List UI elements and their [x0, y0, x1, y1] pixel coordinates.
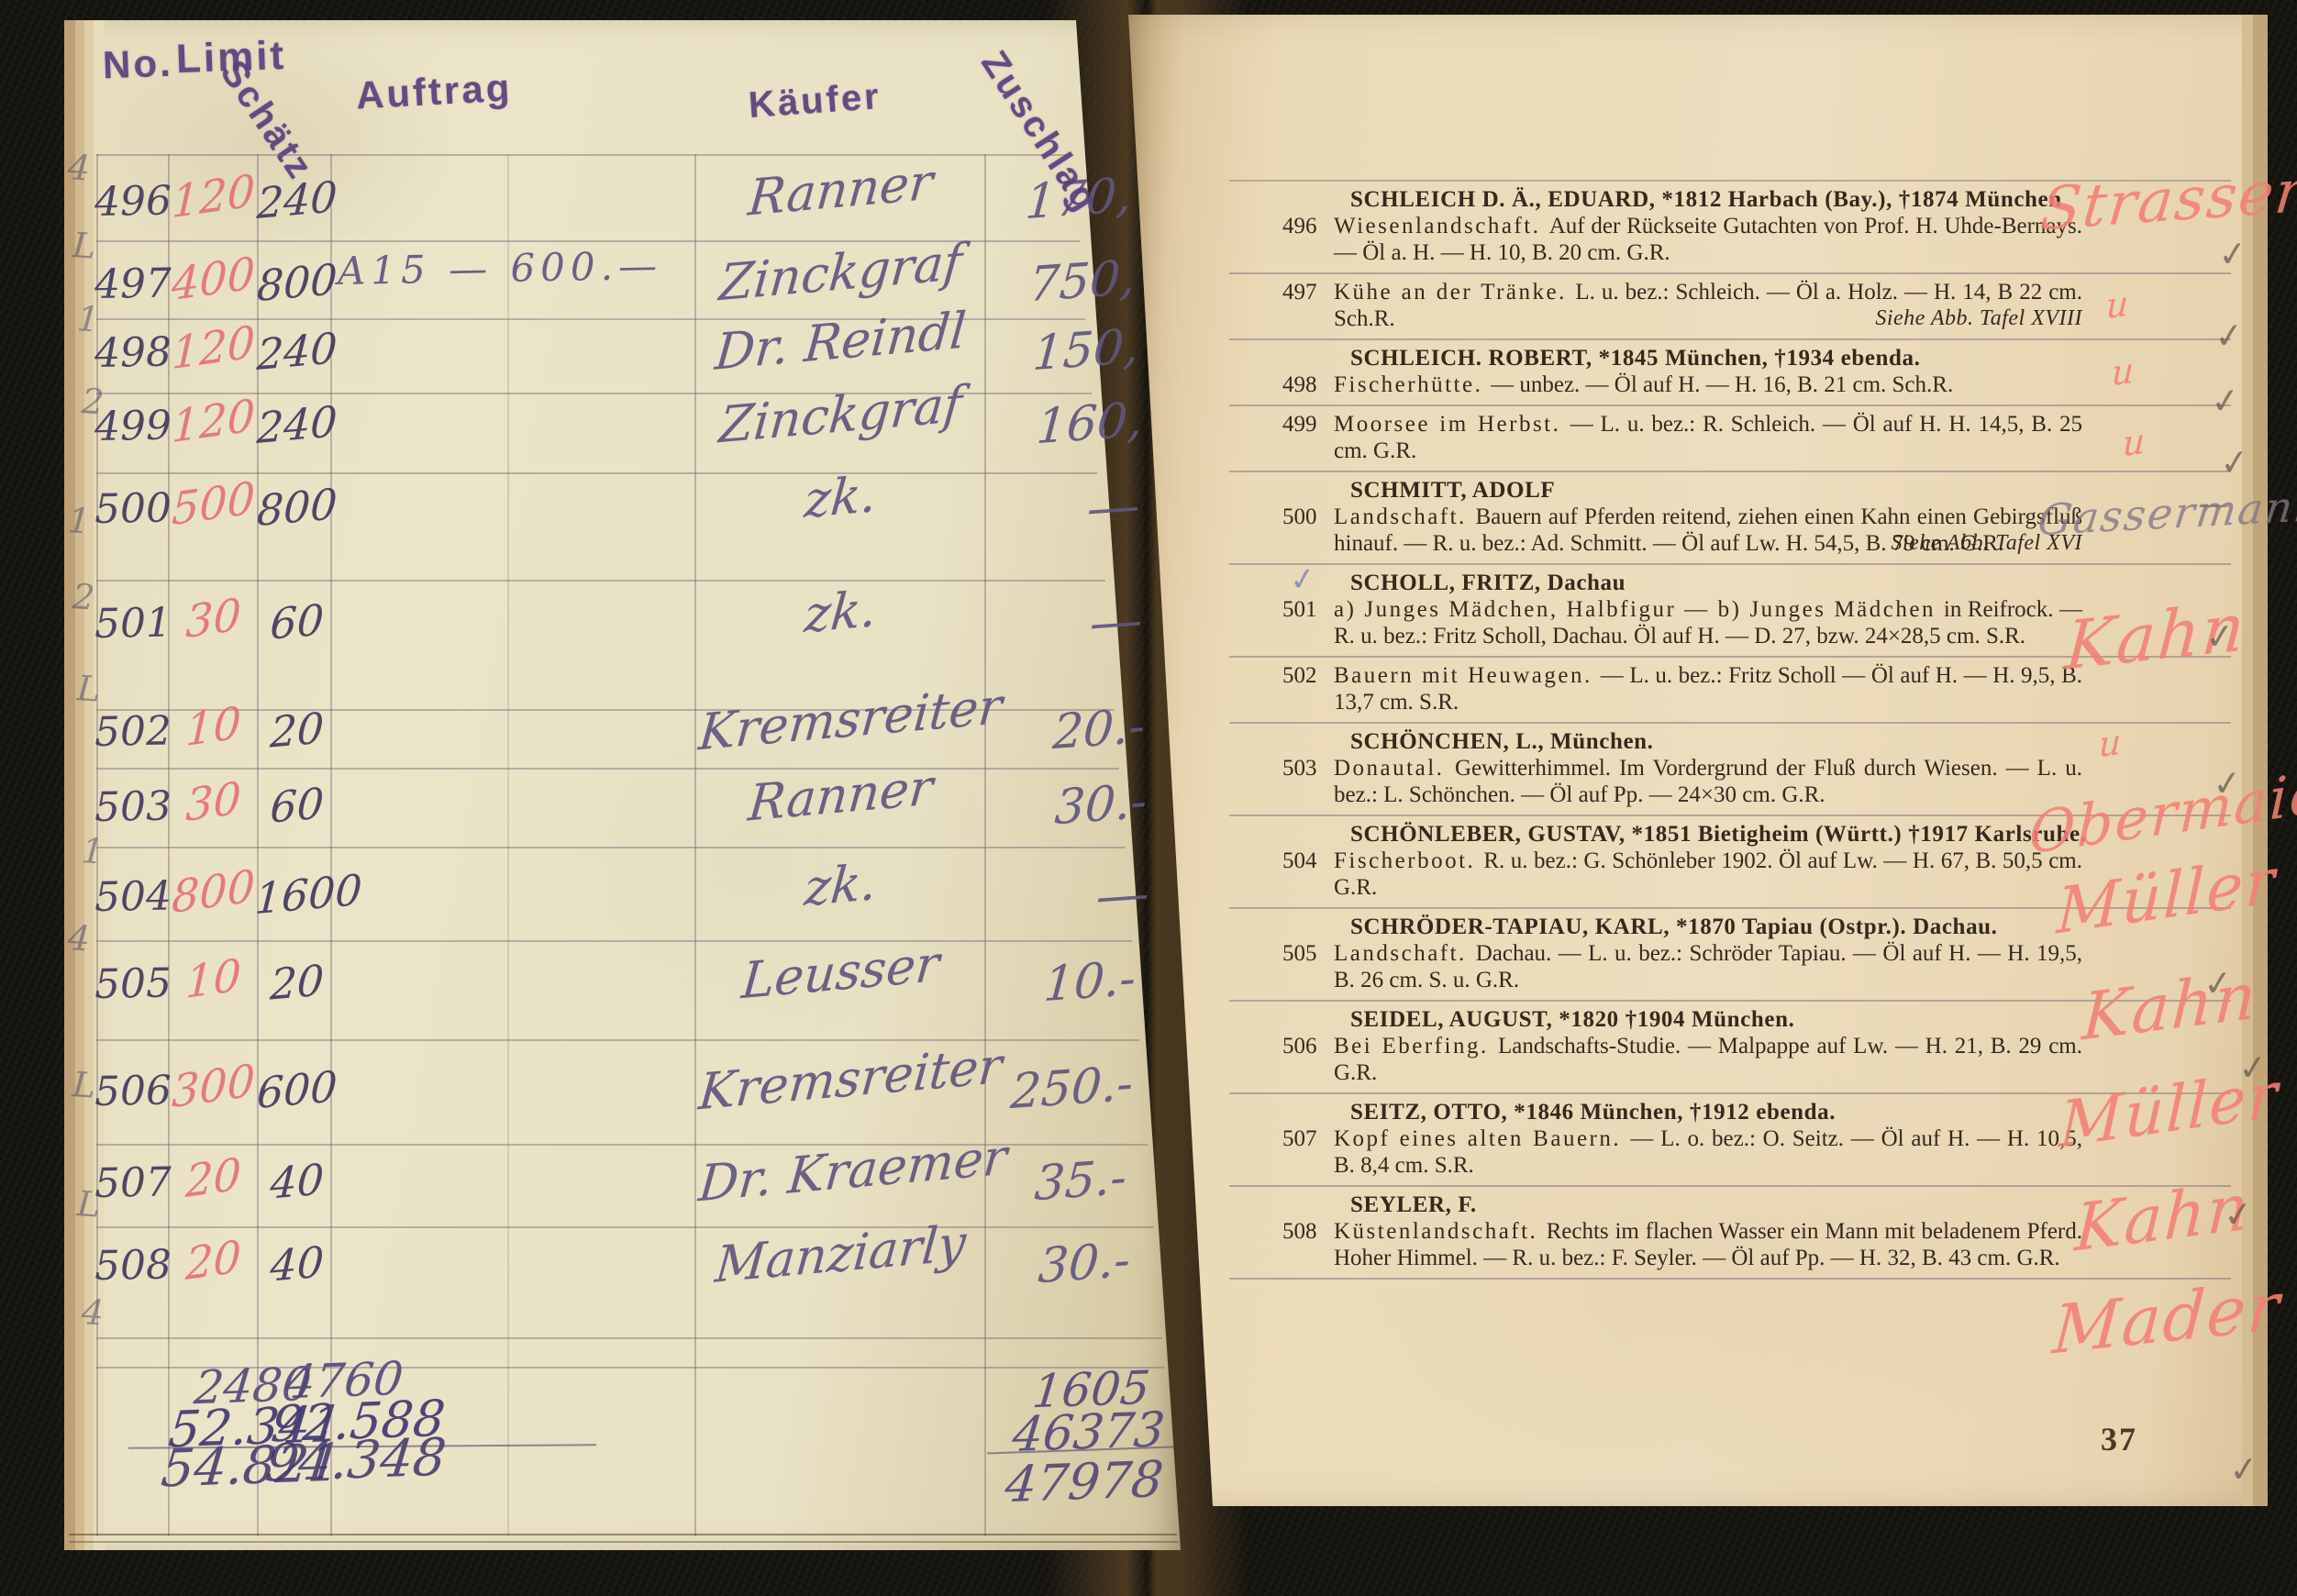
cell-schaetz: 40: [254, 1153, 341, 1210]
edge-mark: 1: [75, 298, 100, 340]
edge-mark: 4: [80, 1291, 105, 1334]
lot-description: 506Bei Eberfing. Landschafts-Studie. — M…: [1334, 1033, 2082, 1086]
lot-number: 503: [1282, 755, 1334, 781]
checkmark-icon: ✓: [2202, 961, 2235, 1004]
margin-note-red: u: [2122, 420, 2147, 464]
margin-note-red: u: [2111, 349, 2136, 393]
lot-number: 504: [1282, 848, 1334, 874]
checkmark-icon: ✓: [1287, 560, 1318, 600]
checkmark-icon: ✓: [2216, 232, 2249, 275]
cell-lot-number: 501: [94, 600, 169, 648]
total-zuschlag-grand: 47978: [1003, 1450, 1166, 1513]
edge-mark: 2: [80, 381, 105, 423]
lot-title: Fischerboot.: [1334, 848, 1483, 873]
artist-line: SCHOLL, FRITZ, Dachau: [1350, 570, 2231, 596]
edge-mark: L: [75, 668, 101, 710]
lot-title: Bei Eberfing.: [1334, 1034, 1498, 1058]
pencil-dash-mark: —: [2198, 486, 2229, 523]
lot-title: Kopf eines alten Bauern.: [1334, 1126, 1630, 1151]
cell-lot-number: 497: [94, 260, 169, 308]
margin-note-red: u: [2105, 283, 2131, 327]
checkmark-icon: ✓: [2209, 379, 2242, 422]
lot-number: 505: [1282, 940, 1334, 967]
lot-number: 508: [1282, 1218, 1334, 1245]
cell-lot-number: 504: [94, 873, 169, 921]
cell-zuschlag: 30.-: [1037, 1233, 1132, 1294]
lot-number: 507: [1282, 1125, 1334, 1152]
column-header-auftrag: Auftrag: [355, 66, 514, 118]
cell-lot-number: 499: [94, 403, 169, 450]
cell-lot-number: 508: [94, 1242, 169, 1290]
lot-number: 496: [1282, 213, 1334, 239]
total-schaetz-grand: 94.348: [263, 1427, 449, 1493]
lot-number: 498: [1282, 371, 1334, 398]
lot-description: 503Donautal. Gewitterhimmel. Im Vordergr…: [1334, 755, 2082, 808]
edge-mark: 2: [71, 576, 95, 618]
catalog-entry: 499Moorsee im Herbst. — L. u. bez.: R. S…: [1229, 406, 2231, 472]
cell-schaetz: 240: [254, 172, 341, 228]
ledger-grid-hline: [96, 1337, 1162, 1339]
edge-mark: 4: [66, 917, 91, 959]
lot-details: — unbez. — Öl auf H. — H. 16, B. 21 cm. …: [1491, 372, 1953, 397]
cell-zuschlag: —: [1085, 473, 1143, 540]
lot-title: Donautal.: [1334, 756, 1455, 781]
column-header-no: No.: [102, 41, 173, 88]
edge-mark: 1: [66, 500, 91, 542]
catalog-entry: 497Kühe an der Tränke. L. u. bez.: Schle…: [1229, 274, 2231, 340]
page-bottom-rule: [69, 1541, 1179, 1543]
edge-mark: 1: [80, 830, 105, 872]
cell-lot-number: 498: [94, 329, 169, 377]
lot-description: 496Wiesenlandschaft. Auf der Rückseite G…: [1334, 213, 2082, 266]
edge-mark: L: [71, 225, 96, 267]
lot-title: Wiesenlandschaft.: [1334, 214, 1549, 238]
cell-schaetz: 800: [254, 479, 341, 536]
cell-schaetz: 240: [254, 323, 341, 380]
cell-lot-number: 503: [94, 783, 169, 831]
lot-description: 507Kopf eines alten Bauern. — L. o. bez.…: [1334, 1125, 2082, 1179]
cell-zuschlag: 30.-: [1053, 774, 1148, 836]
lot-title: Kühe an der Tränke.: [1334, 280, 1575, 305]
cell-schaetz: 60: [254, 593, 341, 650]
cell-zuschlag: 10.-: [1042, 951, 1137, 1013]
cell-lot-number: 505: [94, 960, 169, 1008]
cell-schaetz: 1600: [254, 867, 341, 924]
lot-description: 499Moorsee im Herbst. — L. u. bez.: R. S…: [1334, 411, 2082, 464]
page-number: 37: [2101, 1420, 2137, 1458]
lot-number: 500: [1282, 504, 1334, 530]
lot-description: 508Küstenlandschaft. Rechts im flachen W…: [1334, 1218, 2082, 1271]
lot-title: Landschaft.: [1334, 941, 1476, 966]
lot-description: 505Landschaft. Dachau. — L. u. bez.: Sch…: [1334, 940, 2082, 993]
cell-schaetz: 800: [254, 254, 341, 311]
cell-schaetz: 60: [254, 777, 341, 834]
ledger-grid-vline: [507, 154, 509, 1536]
catalog-entry: SCHLEICH. ROBERT, *1845 München, †1934 e…: [1229, 340, 2231, 406]
cell-zuschlag: 20.-: [1051, 699, 1147, 760]
edge-mark: L: [75, 1183, 101, 1225]
edge-mark: L: [71, 1064, 96, 1106]
cell-zuschlag: —: [1088, 588, 1146, 655]
lot-title: Moorsee im Herbst.: [1334, 412, 1570, 437]
lot-number: 497: [1282, 279, 1334, 305]
cell-lot-number: 496: [94, 178, 169, 226]
plate-reference: Siehe Abb. Tafel XVIII: [1334, 305, 2082, 332]
checkmark-icon: ✓: [2222, 1192, 2255, 1236]
lot-number: 502: [1282, 662, 1334, 689]
cell-zuschlag: 35.-: [1033, 1150, 1128, 1212]
cell-lot-number: 506: [94, 1068, 169, 1115]
auction-ledger-scan: No. Limit Schätz Auftrag Käufer Zuschlag…: [0, 0, 2297, 1596]
checkmark-icon: ✓: [2236, 1046, 2269, 1089]
cell-schaetz: 600: [254, 1061, 341, 1118]
cell-lot-number: 507: [94, 1159, 169, 1207]
lot-title: a) Junges Mädchen, Halbfigur — b) Junges…: [1334, 597, 1944, 622]
edge-mark: 4: [66, 147, 91, 189]
lot-number: 501: [1282, 596, 1334, 623]
checkmark-icon: ✓: [2203, 615, 2236, 658]
cell-zuschlag: 250.-: [1009, 1056, 1135, 1120]
cell-schaetz: 20: [254, 954, 341, 1011]
lot-title: Bauern mit Heuwagen.: [1334, 663, 1601, 688]
checkmark-icon: ✓: [2211, 761, 2244, 804]
cell-lot-number: 502: [94, 708, 169, 756]
lot-description: 504Fischerboot. R. u. bez.: G. Schönlebe…: [1334, 848, 2082, 901]
lot-title: Landschaft.: [1334, 504, 1475, 529]
lot-number: 499: [1282, 411, 1334, 438]
cell-schaetz: 20: [254, 702, 341, 759]
cell-lot-number: 500: [94, 485, 169, 533]
lot-description: 498Fischerhütte. — unbez. — Öl auf H. — …: [1334, 371, 2082, 398]
cell-schaetz: 40: [254, 1236, 341, 1292]
ledger-grid-hline: [96, 1367, 1164, 1369]
ledger-grid-vline: [694, 154, 696, 1536]
lot-description: 501a) Junges Mädchen, Halbfigur — b) Jun…: [1334, 596, 2082, 649]
margin-note-red: u: [2098, 721, 2124, 765]
lot-title: Küstenlandschaft.: [1334, 1219, 1547, 1244]
cell-schaetz: 240: [254, 396, 341, 453]
lot-number: 506: [1282, 1033, 1334, 1059]
checkmark-icon: ✓: [2218, 440, 2251, 483]
cell-zuschlag: —: [1094, 861, 1152, 928]
checkmark-icon: ✓: [2213, 314, 2246, 357]
lot-description: 502Bauern mit Heuwagen. — L. u. bez.: Fr…: [1334, 662, 2082, 715]
cell-zuschlag: 150,: [1031, 319, 1141, 382]
cell-zuschlag: 160,: [1035, 393, 1145, 456]
page-bottom-rule: [69, 1534, 1177, 1535]
artist-line: SCHLEICH. ROBERT, *1845 München, †1934 e…: [1350, 345, 2231, 371]
cell-zuschlag: 750,: [1027, 250, 1137, 314]
lot-title: Fischerhütte.: [1334, 372, 1491, 397]
cell-auftrag: A15 — 600.—: [338, 243, 663, 294]
checkmark-icon: ✓: [2227, 1447, 2260, 1491]
